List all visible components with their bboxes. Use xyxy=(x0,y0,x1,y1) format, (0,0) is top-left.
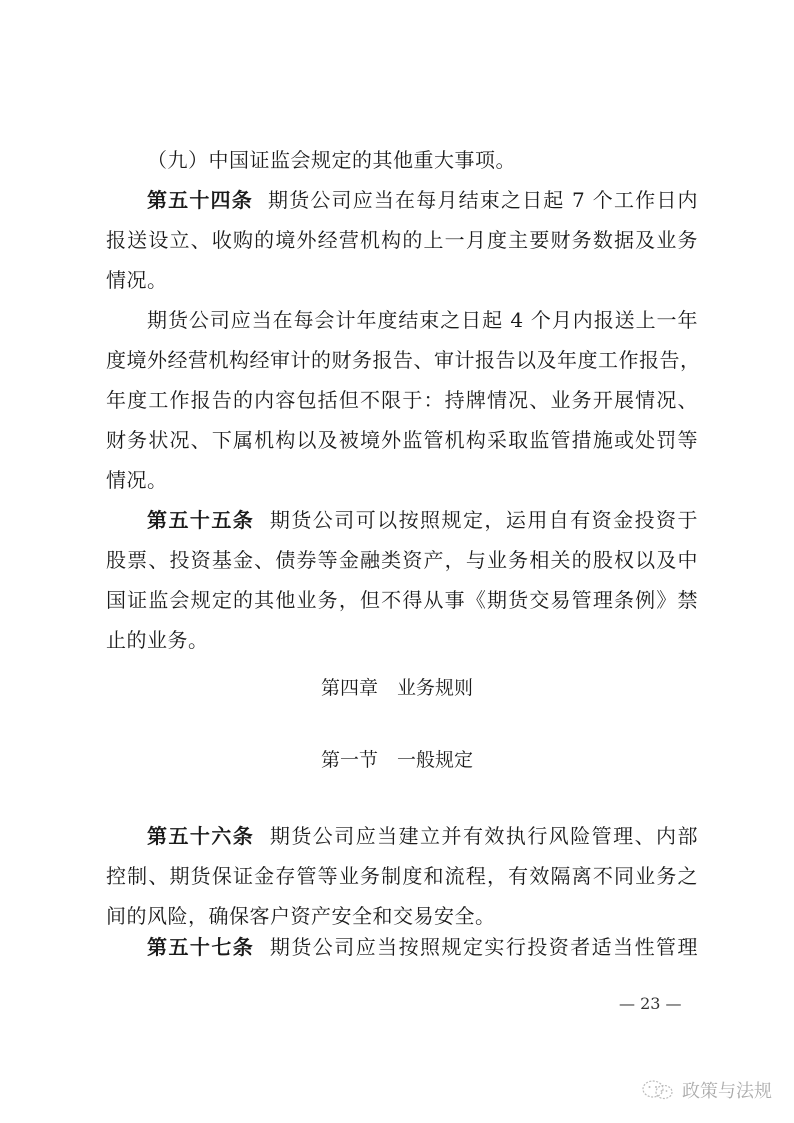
wechat-icon xyxy=(640,1079,676,1101)
article-54-para2-line-1: 期货公司应当在每会计年度结束之日起 4 个月内报送上一年 xyxy=(147,308,698,332)
section-heading: 第一节 一般规定 xyxy=(0,748,794,772)
article-number: 第五十七条 xyxy=(147,935,254,959)
watermark-text: 政策与法规 xyxy=(682,1077,772,1103)
article-54-para2-line-5: 情况。 xyxy=(106,468,698,492)
article-56-line-1: 第五十六条 期货公司应当建立并有效执行风险管理、内部 xyxy=(147,824,698,848)
article-57-line-1: 第五十七条 期货公司应当按照规定实行投资者适当性管理 xyxy=(147,935,698,959)
article-number: 第五十六条 xyxy=(147,824,254,848)
article-55-line-2: 股票、投资基金、债券等金融类资产，与业务相关的股权以及中 xyxy=(106,548,698,572)
article-55-line-4: 止的业务。 xyxy=(106,628,698,652)
page-number: — 23 — xyxy=(619,994,682,1014)
article-54-line-3: 情况。 xyxy=(106,268,698,292)
article-55-line-3: 国证监会规定的其他业务，但不得从事《期货交易管理条例》禁 xyxy=(106,588,698,612)
article-54-para2-line-2: 度境外经营机构经审计的财务报告、审计报告以及年度工作报告， xyxy=(106,348,698,372)
article-number: 第五十五条 xyxy=(147,508,254,532)
item-9: （九）中国证监会规定的其他重大事项。 xyxy=(147,148,698,172)
article-54-para2-line-3: 年度工作报告的内容包括但不限于：持牌情况、业务开展情况、 xyxy=(106,388,698,412)
article-54-para2-line-4: 财务状况、下属机构以及被境外监管机构采取监管措施或处罚等 xyxy=(106,428,698,452)
watermark: 政策与法规 xyxy=(640,1077,772,1103)
article-56-line-2: 控制、期货保证金存管等业务制度和流程，有效隔离不同业务之 xyxy=(106,864,698,888)
article-54-line-2: 报送设立、收购的境外经营机构的上一月度主要财务数据及业务 xyxy=(106,228,698,252)
article-54-line-1: 第五十四条 期货公司应当在每月结束之日起 7 个工作日内 xyxy=(147,188,698,212)
article-number: 第五十四条 xyxy=(147,188,253,212)
article-55-line-1: 第五十五条 期货公司可以按照规定，运用自有资金投资于 xyxy=(147,508,698,532)
chapter-heading: 第四章 业务规则 xyxy=(0,676,794,700)
article-56-line-3: 间的风险，确保客户资产安全和交易安全。 xyxy=(106,904,698,928)
